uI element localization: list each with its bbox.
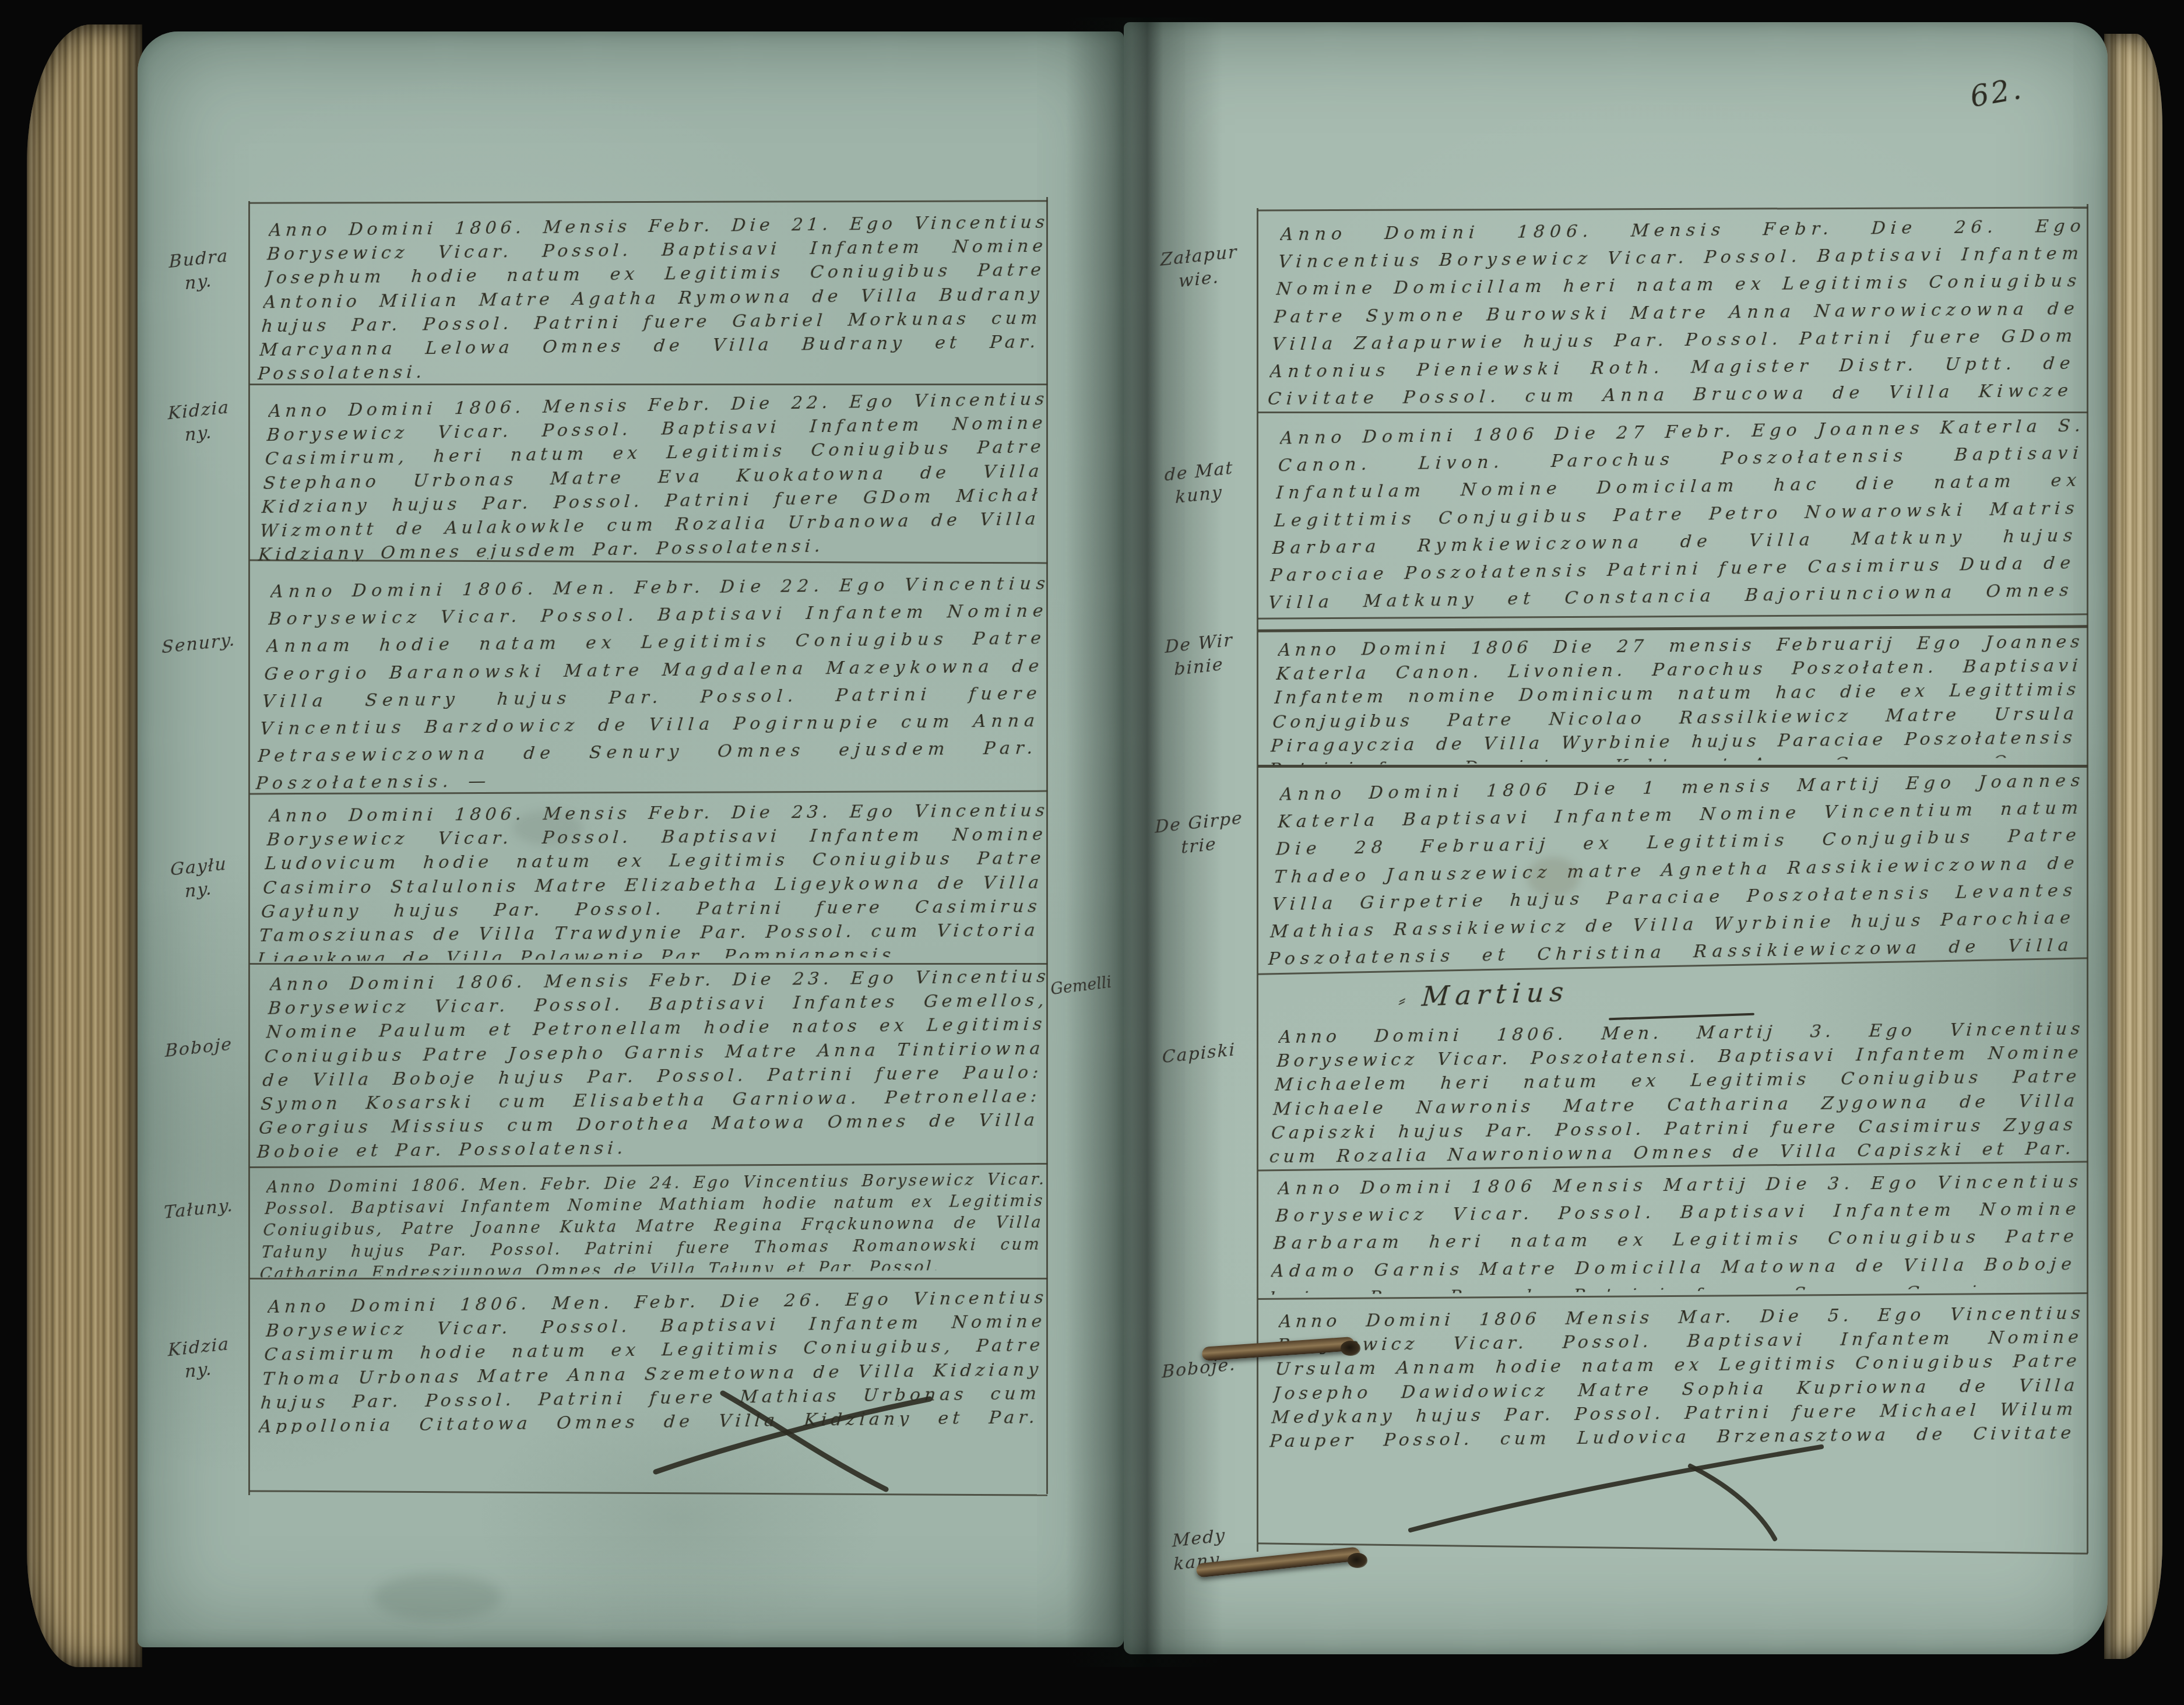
- ruled-line: [249, 1278, 1047, 1279]
- register-book-spread: 62. Budra ny. Kidzia ny. Senury. Gayłu n…: [0, 0, 2184, 1705]
- closing-flourish: [1387, 1434, 1842, 1545]
- baptism-entry-senury: Anno Domini 1806. Men. Febr. Die 22. Ego…: [255, 570, 1051, 791]
- ruled-line: [249, 963, 1047, 965]
- month-header-label: Martius: [1421, 976, 1571, 1013]
- baptism-entry-zalapurwie: Anno Domini 1806. Mensis Febr. Die 26. E…: [1267, 213, 2087, 411]
- baptism-entry-boboje-2: Anno Domini 1806 Mensis Martij Die 3. Eg…: [1269, 1168, 2084, 1295]
- baptism-entry-girpetrie: Anno Domini 1806 Die 1 mensis Martij Ego…: [1268, 767, 2086, 968]
- cancellation-x-mark: [629, 1370, 956, 1504]
- month-header-mark: ⸗: [1398, 988, 1412, 1012]
- right-page-stack-edges: [2104, 34, 2162, 1659]
- baptism-entry-gayluny: Anno Domini 1806. Mensis Febr. Die 23. E…: [257, 799, 1050, 961]
- baptism-entry-medykany: Anno Domini 1806 Mensis Mar. Die 5. Ego …: [1268, 1302, 2085, 1456]
- baptism-entry-wirbinie: Anno Domini 1806 Die 27 mensis Februarij…: [1269, 630, 2085, 766]
- baptism-entry-matkuny: Anno Domini 1806 Die 27 Febr. Ego Joanne…: [1267, 412, 2087, 617]
- baptism-entry-capiski: Anno Domini 1806. Men. Martij 3. Ego Vin…: [1269, 1017, 2085, 1166]
- sewing-hole: [1348, 1553, 1367, 1568]
- baptism-entry-kidziany: Anno Domini 1806. Mensis Febr. Die 22. E…: [258, 387, 1049, 563]
- baptism-entry-budrany: Anno Domini 1806. Mensis Febr. Die 21. E…: [257, 210, 1050, 383]
- left-page-stack-edges: [27, 24, 142, 1667]
- baptism-entry-boboje: Anno Domini 1806. Mensis Febr. Die 23. E…: [256, 965, 1050, 1164]
- ruled-line: [2087, 204, 2088, 1553]
- sewing-hole: [1341, 1341, 1360, 1356]
- ruled-line: [249, 384, 1047, 385]
- baptism-entry-taluny: Anno Domini 1806. Men. Febr. Die 24. Ego…: [259, 1169, 1047, 1277]
- ruled-line: [1258, 765, 2088, 768]
- ruled-line: [1258, 412, 2088, 413]
